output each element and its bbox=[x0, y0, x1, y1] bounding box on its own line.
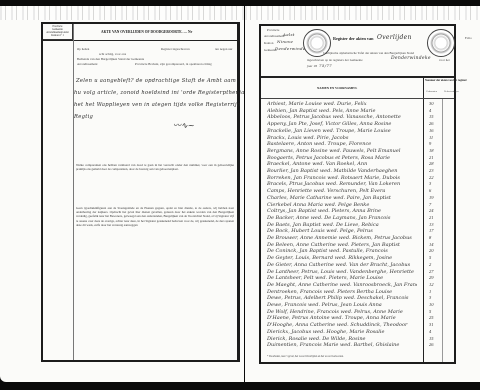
corner-field-value: Ninove bbox=[277, 39, 293, 44]
header-divider bbox=[261, 76, 454, 78]
act-number: 21 bbox=[429, 215, 434, 220]
handwritten-line: Regtig bbox=[74, 114, 93, 120]
table-row: Duimentien, Francois Marie wed. Barthel,… bbox=[261, 342, 454, 349]
deceased-name: Coltrys, Jan Baptist wed. Pieters, Anna … bbox=[267, 208, 417, 214]
handwritten-line: Zelen u aangebleft? de opdrachtige Staft… bbox=[76, 78, 236, 84]
deceased-name: Duimentien, Francois Marie wed. Barthel,… bbox=[267, 342, 417, 348]
scan-noise bbox=[245, 6, 480, 20]
act-number: 5 bbox=[429, 255, 431, 260]
deceased-name: Dentroeken, Francois wed. Pieters Bertha… bbox=[267, 289, 417, 295]
deceased-name: Boogaerts, Petrus Jacobus et Peters, Ros… bbox=[267, 155, 417, 161]
act-number: 22 bbox=[429, 175, 434, 180]
form-line: Op heden bbox=[77, 47, 89, 51]
act-number: 4 bbox=[429, 329, 431, 334]
act-number: 4 bbox=[429, 108, 431, 113]
act-number: 9 bbox=[429, 141, 431, 146]
act-number: 17 bbox=[429, 228, 434, 233]
act-number: 3 bbox=[429, 181, 431, 186]
act-number: 15 bbox=[429, 114, 434, 119]
corner-field-label: Provincie bbox=[267, 28, 279, 32]
act-number: 29 bbox=[429, 275, 434, 280]
death-record-form: Provincie Gemeente Arrondissement Aalst … bbox=[41, 22, 240, 362]
act-number: 20 bbox=[429, 248, 434, 253]
register-type: Overlijden bbox=[377, 34, 412, 41]
act-number: 3 bbox=[429, 295, 431, 300]
deceased-name: Dierick, Rosalie wed. De Wilde, Rosine bbox=[267, 336, 417, 342]
act-number: 1 bbox=[429, 289, 431, 294]
act-number: 19 bbox=[429, 195, 434, 200]
act-number: 15 bbox=[429, 336, 434, 341]
act-number: 5 bbox=[429, 309, 431, 314]
form-line: acht achtig, voor ons bbox=[99, 52, 126, 56]
middle-paragraph: Welke comparanten ons hebben verklaard v… bbox=[76, 163, 234, 171]
deceased-name: Dierickx, Jacobus wed. Hooghe, Marie Ros… bbox=[267, 329, 417, 335]
act-number: 13 bbox=[429, 222, 434, 227]
deceased-name: De Geyter, Louis, Bernard wed. Rikkegem,… bbox=[267, 255, 417, 261]
form-line: Arrondissement bbox=[77, 62, 98, 66]
deceased-name: De Backer, Anne wed. De Laymans, Jan Fra… bbox=[267, 215, 417, 221]
deceased-name: Alebien, Jan Baptist wed. Pels, Anne Mar… bbox=[267, 108, 417, 114]
corner-box: Provincie Gemeente Arrondissement Aalst … bbox=[43, 24, 73, 40]
act-number: 27 bbox=[429, 269, 434, 274]
deceased-name: De Coninck, Jan Baptist wed. Pastulle, F… bbox=[267, 248, 417, 254]
table-header-divider bbox=[261, 98, 454, 99]
column-header-names: NAMEN EN VOORNAMEN. bbox=[317, 86, 357, 90]
deceased-name: Bastelaere, Anton wed. Troupe, Florence bbox=[267, 141, 417, 147]
subtitle-line: Jaarlijksche alphabetische Tafel der Akt… bbox=[323, 51, 414, 55]
deceased-name: Cierkebel Anna Maria wed. Pelge Benke bbox=[267, 202, 417, 208]
signature: 〰∿~ bbox=[173, 120, 194, 131]
deceased-name: Bourlier, Jan Baptist wed. Mathilde Vand… bbox=[267, 168, 417, 174]
subtitle-suffix: voor het bbox=[439, 58, 450, 62]
corner-field-value: Aalst bbox=[283, 32, 295, 37]
subcolumn-header: Verbeteringen bbox=[444, 90, 459, 93]
official-seal-icon bbox=[427, 29, 455, 57]
deceased-name: Dewe, Francois wed. Pelrus, Jean Louis A… bbox=[267, 302, 417, 308]
act-number: 31 bbox=[429, 322, 434, 327]
act-number: 2 bbox=[429, 262, 431, 267]
act-number: 26 bbox=[429, 121, 434, 126]
column-header-numbers: Nommer der akten van het register bbox=[425, 79, 467, 82]
lower-paragraph: Geen typedrukinfiguren aan de Staatsgezi… bbox=[76, 206, 234, 227]
form-line: Provincie Brabant, zijn gecompareerd, in… bbox=[135, 62, 212, 66]
deceased-name: Arbiest, Marie Louise wed. Durie, Felix bbox=[267, 101, 417, 107]
deceased-name: De Baets, Jan Baptist wed. De Lieve, Reb… bbox=[267, 222, 417, 228]
deceased-name: Appeny, Jan Pte, Josef, Victor Gilles, A… bbox=[267, 121, 417, 127]
deceased-name: Brackx, Louis wed. Pirie, Jacobs bbox=[267, 135, 417, 141]
deceased-name: Brackelie, Jan Lieven wed. Troupe, Marie… bbox=[267, 128, 417, 134]
margin-note: Folio bbox=[465, 36, 472, 40]
act-number: 11 bbox=[429, 135, 433, 140]
municipality-name: Denderwindeke bbox=[391, 56, 431, 61]
corner-field-label: Arrondissement bbox=[264, 34, 285, 38]
register-index-table: Provincie Arrondissement Aalst Kanton Ni… bbox=[259, 24, 456, 364]
deceased-name: De Lantsheer, Pelt wed. Pieters, Marie L… bbox=[267, 275, 417, 281]
deceased-name: De Brouwer, Anne Annemie wed. Bickem, Pe… bbox=[267, 235, 417, 241]
act-number: 18 bbox=[429, 148, 434, 153]
act-number: 16 bbox=[429, 128, 434, 133]
margin-rule bbox=[73, 24, 74, 360]
act-number: 6 bbox=[429, 188, 431, 193]
form-line: Bediende van den Burgerlijken Stand der … bbox=[77, 57, 144, 61]
act-number: 21 bbox=[429, 155, 434, 160]
deceased-name: Bracels, Ptrus Jacobus wed. Remunder, Va… bbox=[267, 181, 417, 187]
act-number: 28 bbox=[429, 161, 434, 166]
act-number: 23 bbox=[429, 168, 434, 173]
subcolumn-header: Geboorten bbox=[426, 90, 437, 93]
deceased-name: Abbeloos, Petrus Jacobus wed. Vanassche,… bbox=[267, 114, 417, 120]
deceased-name: Braeckel, Antone wed. Van Roekel, Ann bbox=[267, 161, 417, 167]
deceased-name: De Beleen, Anne Catherine wed. Pieters, … bbox=[267, 242, 417, 248]
act-number: 8 bbox=[429, 235, 431, 240]
deceased-name: De Lantheer, Petrus, Louis wed. Vandenbe… bbox=[267, 269, 417, 275]
act-number: 14 bbox=[429, 242, 434, 247]
handwritten-line: hu volg article, zonoid hoeldsind ini 'o… bbox=[74, 90, 253, 96]
act-number: 12 bbox=[429, 282, 434, 287]
act-number: 26 bbox=[429, 342, 434, 347]
footnote: * Doorhalen, naar 't geval, het woord Ov… bbox=[267, 355, 344, 358]
deceased-name: De Wolf, Hendrine, Francois wed. Pelrus,… bbox=[267, 309, 417, 315]
form-line: ten negen uur bbox=[215, 47, 233, 51]
register-title: Register der akten van bbox=[333, 36, 373, 41]
deceased-name: D'Haene, Petrus Antoine wed. Troupe, Ann… bbox=[267, 315, 417, 321]
act-number: 10 bbox=[429, 302, 434, 307]
act-number: 7 bbox=[429, 202, 431, 207]
form-line: Register ingeschreven bbox=[161, 47, 190, 51]
subtitle-line: ingeschreven op de registers der Gemeent… bbox=[307, 58, 363, 62]
corner-box-line: Kanton n° 1 bbox=[44, 34, 71, 37]
deceased-name: Charles, Marie Catharine wed. Paire, Jan… bbox=[267, 195, 417, 201]
deceased-name: Dewe, Petrus, Adelbert Philip wed. Desch… bbox=[267, 295, 417, 301]
deceased-name: De Maeght, Anne Catherine wed. Vanroosbr… bbox=[267, 282, 417, 288]
left-page: Provincie Gemeente Arrondissement Aalst … bbox=[0, 6, 244, 382]
scan-noise bbox=[0, 6, 244, 20]
act-number: 25 bbox=[429, 315, 434, 320]
deceased-name: Camps, Henriette wed. Verschuren, Pelt E… bbox=[267, 188, 417, 194]
handwritten-line: het het Wapplieyen ven in ategen tijds v… bbox=[74, 102, 241, 108]
deceased-name: De Bock, Hubert Louis wed. Pelge, Pelrus bbox=[267, 228, 417, 234]
deceased-name: De Gieter, Anna Catherine wed. Van der B… bbox=[267, 262, 417, 268]
deceased-name: Borreken, Jan Francois wed. Rotsaert Mar… bbox=[267, 175, 417, 181]
form-title: AKTE VAN OVERLIJDEN OF DOODGEBOORTE. — N… bbox=[101, 30, 192, 34]
corner-field-label: Kanton bbox=[264, 41, 273, 45]
year-label: jaar 18 bbox=[307, 64, 317, 68]
right-page: Folio Provincie Arrondissement Aalst Kan… bbox=[245, 6, 480, 382]
act-number: 30 bbox=[429, 101, 434, 106]
year-value: 75/77 bbox=[319, 63, 332, 68]
deceased-name: Bergmans, Anne Rosine wed. Pauwels, Pelt… bbox=[267, 148, 417, 154]
act-number: 24 bbox=[429, 208, 434, 213]
deceased-name: D'Hooghe, Anna Catherine wed. Schuddinck… bbox=[267, 322, 417, 328]
